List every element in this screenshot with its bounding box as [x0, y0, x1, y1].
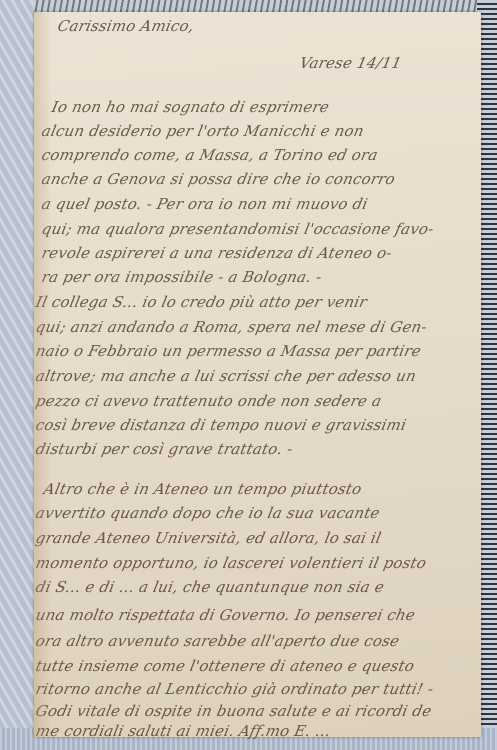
letter-line: a quel posto. - Per ora io non mi muovo …	[40, 195, 369, 213]
letter-line: comprendo come, a Massa, a Torino ed ora	[40, 146, 380, 164]
letter-line: qui; ma qualora presentandomisi l'occasi…	[40, 220, 435, 238]
letter-line: naio o Febbraio un permesso a Massa per …	[34, 342, 423, 360]
letter-line: Godi vitale di ospite in buona salute e …	[34, 702, 433, 720]
fabric-left-edge	[0, 0, 34, 750]
letter-line: disturbi per così grave trattato. -	[34, 440, 294, 458]
letter-paper: Carissimo Amico, Varese 14/11 Io non ho …	[34, 12, 481, 737]
letter-line: ritorno anche al Lenticchio già ordinato…	[34, 680, 435, 698]
letter-line: alcun desiderio per l'orto Manicchi e no…	[40, 122, 366, 140]
letter-line: ra per ora impossibile - a Bologna. -	[40, 268, 323, 286]
letter-line: Altro che è in Ateneo un tempo piuttosto	[42, 480, 363, 498]
letter-dateline: Varese 14/11	[298, 54, 403, 72]
letter-line: una molto rispettata di Governo. Io pens…	[34, 606, 417, 624]
letter-line: qui; anzi andando a Roma, spera nel mese…	[34, 318, 429, 336]
letter-line: avvertito quando dopo che io la sua vaca…	[34, 504, 382, 522]
letter-line: Il collega S... io lo credo più atto per…	[34, 293, 369, 311]
letter-line: ora altro avvenuto sarebbe all'aperto du…	[34, 632, 401, 650]
letter-salutation: Carissimo Amico,	[56, 17, 196, 35]
letter-line: me cordiali saluti ai miei. Aff.mo E. ..…	[34, 722, 332, 740]
letter-line: momento opportuno, io lascerei volentier…	[34, 554, 428, 572]
letter-line: grande Ateneo Università, ed allora, lo …	[34, 529, 383, 547]
letter-line: Io non ho mai sognato di esprimere	[50, 98, 331, 116]
letter-line: anche a Genova si possa dire che io conc…	[40, 170, 397, 188]
letter-line: altrove; ma anche a lui scrissi che per …	[34, 367, 418, 385]
letter-line: pezzo ci avevo trattenuto onde non seder…	[34, 392, 383, 410]
letter-line: revole aspirerei a una residenza di Aten…	[40, 244, 394, 262]
letter-line: tutte insieme come l'ottenere di ateneo …	[34, 657, 416, 675]
letter-line: di S... e di ... a lui, che quantunque n…	[34, 578, 386, 596]
letter-line: così breve distanza di tempo nuovi e gra…	[34, 416, 408, 434]
